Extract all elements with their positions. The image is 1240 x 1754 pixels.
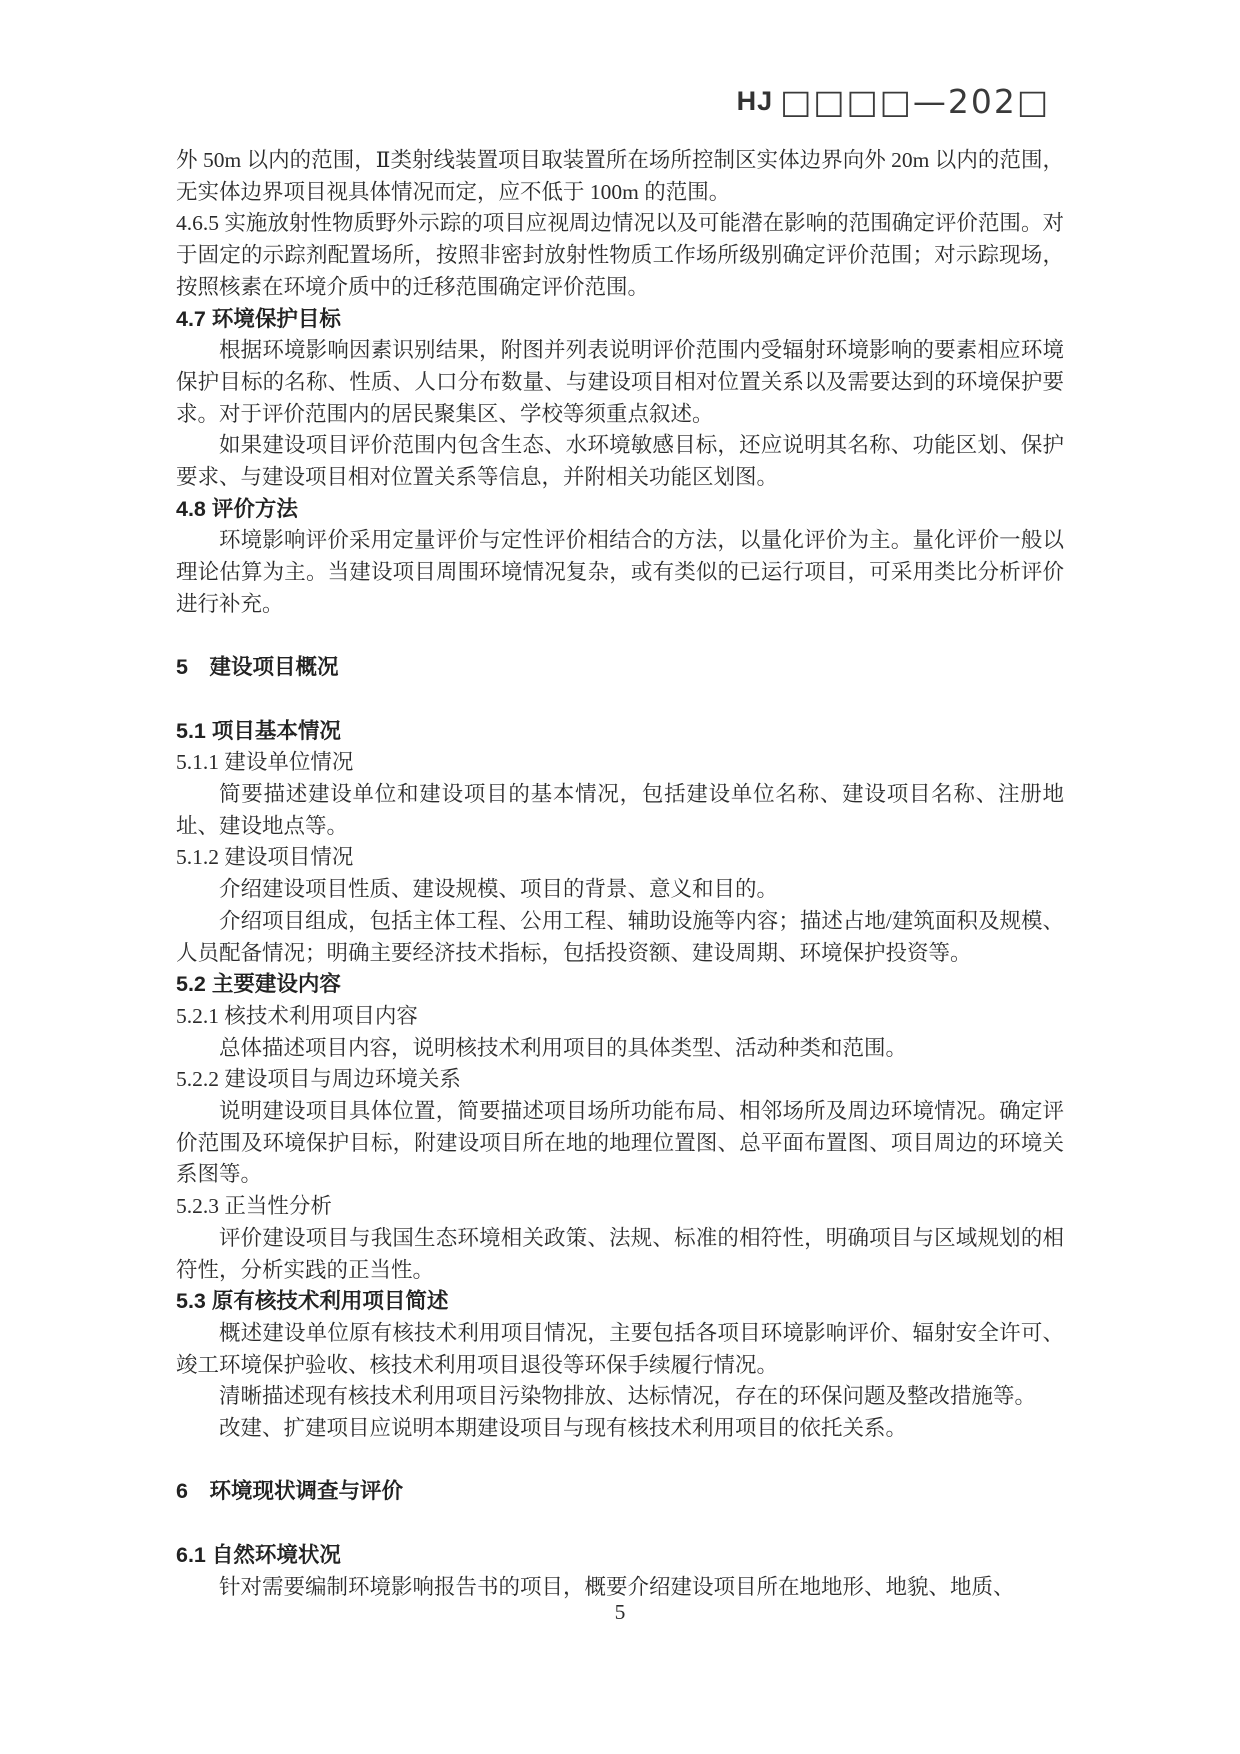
paragraph-protection-targets-2: 如果建设项目评价范围内包含生态、水环境敏感目标，还应说明其名称、功能区划、保护要…	[176, 430, 1064, 493]
heading-5-2: 5.2 主要建设内容	[176, 969, 1064, 1001]
subheading-5-2-2: 5.2.2 建设项目与周边环境关系	[176, 1064, 1064, 1096]
paragraph-nuclear-tech-content: 总体描述项目内容，说明核技术利用项目的具体类型、活动种类和范围。	[176, 1033, 1064, 1065]
paragraph-natural-environment: 针对需要编制环境影响报告书的项目，概要介绍建设项目所在地地形、地貌、地质、	[176, 1572, 1064, 1604]
clause-4-6-5: 4.6.5 实施放射性物质野外示踪的项目应视周边情况以及可能潜在影响的范围确定评…	[176, 208, 1064, 303]
heading-5-1: 5.1 项目基本情况	[176, 716, 1064, 748]
paragraph-project-nature: 介绍建设项目性质、建设规模、项目的背景、意义和目的。	[176, 874, 1064, 906]
chapter-heading-6: 6 环境现状调查与评价	[176, 1476, 1064, 1508]
paragraph-continuation: 外 50m 以内的范围，Ⅱ类射线装置项目取装置所在场所控制区实体边界向外 20m…	[176, 145, 1064, 208]
paragraph-justification: 评价建设项目与我国生态环境相关政策、法规、标准的相符性，明确项目与区域规划的相符…	[176, 1223, 1064, 1286]
page-number: 5	[0, 1600, 1240, 1625]
heading-4-7: 4.7 环境保护目标	[176, 304, 1064, 336]
paragraph-protection-targets-1: 根据环境影响因素识别结果，附图并列表说明评价范围内受辐射环境影响的要素相应环境保…	[176, 335, 1064, 430]
subheading-5-2-1: 5.2.1 核技术利用项目内容	[176, 1001, 1064, 1033]
paragraph-evaluation-method: 环境影响评价采用定量评价与定性评价相结合的方法，以量化评价为主。量化评价一般以理…	[176, 525, 1064, 620]
heading-5-3: 5.3 原有核技术利用项目简述	[176, 1286, 1064, 1318]
standard-code-boxes: □□□□—202□	[780, 82, 1050, 121]
subheading-5-1-2: 5.1.2 建设项目情况	[176, 842, 1064, 874]
heading-4-8: 4.8 评价方法	[176, 494, 1064, 526]
paragraph-existing-projects-2: 清晰描述现有核技术利用项目污染物排放、达标情况，存在的环保问题及整改措施等。	[176, 1381, 1064, 1413]
heading-6-1: 6.1 自然环境状况	[176, 1540, 1064, 1572]
document-page: HJ□□□□—202□ 外 50m 以内的范围，Ⅱ类射线装置项目取装置所在场所控…	[0, 0, 1240, 1754]
subheading-5-2-3: 5.2.3 正当性分析	[176, 1191, 1064, 1223]
paragraph-existing-projects-3: 改建、扩建项目应说明本期建设项目与现有核技术利用项目的依托关系。	[176, 1413, 1064, 1445]
standard-number-header: HJ□□□□—202□	[737, 82, 1050, 121]
document-body: 外 50m 以内的范围，Ⅱ类射线装置项目取装置所在场所控制区实体边界向外 20m…	[176, 145, 1064, 1603]
standard-code-prefix: HJ	[737, 86, 774, 116]
paragraph-surrounding-environment: 说明建设项目具体位置，简要描述项目场所功能布局、相邻场所及周边环境情况。确定评价…	[176, 1096, 1064, 1191]
paragraph-project-composition: 介绍项目组成，包括主体工程、公用工程、辅助设施等内容；描述占地/建筑面积及规模、…	[176, 906, 1064, 969]
paragraph-construction-unit: 简要描述建设单位和建设项目的基本情况，包括建设单位名称、建设项目名称、注册地址、…	[176, 779, 1064, 842]
subheading-5-1-1: 5.1.1 建设单位情况	[176, 747, 1064, 779]
chapter-heading-5: 5 建设项目概况	[176, 652, 1064, 684]
paragraph-existing-projects-1: 概述建设单位原有核技术利用项目情况，主要包括各项目环境影响评价、辐射安全许可、竣…	[176, 1318, 1064, 1381]
